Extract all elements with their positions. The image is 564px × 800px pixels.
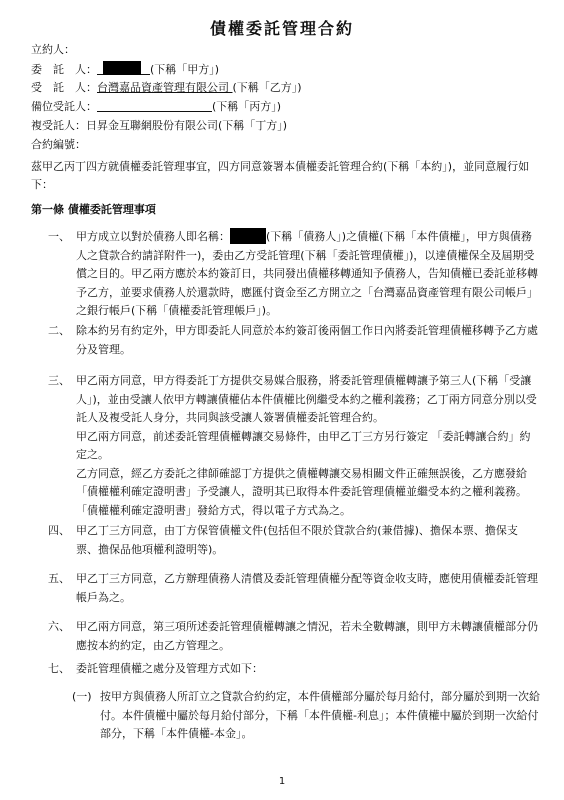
document-title: 債權委託管理合約: [0, 16, 564, 39]
party-backup-trustee-suffix: (下稱「丙方」): [212, 100, 281, 113]
redacted-block: [230, 228, 266, 244]
item-number: 五、: [48, 570, 70, 589]
item-number: 一、: [48, 228, 70, 247]
party-trustee-suffix: (下稱「乙方」): [233, 81, 302, 94]
item-3-paragraph-1: 甲乙兩方同意，甲方得委託丁方提供交易媒合服務，將委託管理債權轉讓予第三人(下稱「…: [76, 372, 538, 428]
redacted-block: [103, 61, 141, 75]
item-number: 三、: [48, 372, 70, 391]
subitem-number: (一): [72, 688, 92, 707]
party-sub-trustee-suffix: (下稱「丁方」): [218, 119, 287, 132]
party-trustee: 受 託 人：台灣嘉品資產管理有限公司 (下稱「乙方」): [31, 80, 302, 95]
party-backup-trustee: 備位受託人：(下稱「丙方」): [31, 99, 281, 114]
item-2-text: 除本約另有約定外，甲方即委託人同意於本約簽訂後兩個工作日內將委託管理債權移轉予乙…: [76, 322, 538, 359]
item-number: 二、: [48, 322, 70, 341]
party-trustee-name: 台灣嘉品資產管理有限公司: [97, 81, 229, 94]
article-1-item-7-subitem-1: (一) 按甲方與債務人所訂立之貸款合約約定，本件債權部分屬於每月給付，部分屬於到…: [72, 688, 542, 744]
contract-number-label: 合約編號：: [31, 137, 86, 152]
article-1-item-5: 五、 甲乙丁三方同意，乙方辦理債務人清償及委託管理債權分配等資金收支時，應使用債…: [48, 570, 538, 607]
article-1-item-4: 四、 甲乙丁三方同意，由丁方保管債權文件(包括但不限於貸款合約(兼借據)、擔保本…: [48, 522, 538, 559]
page-number: 1: [0, 776, 564, 787]
item-5-text: 甲乙丁三方同意，乙方辦理債務人清償及委託管理債權分配等資金收支時，應使用債權委託…: [76, 570, 538, 607]
item-number: 七、: [48, 660, 70, 679]
party-backup-trustee-label: 備位受託人：: [31, 99, 97, 114]
document-page: 債權委託管理合約 立約人： 委 託 人：(下稱「甲方」) 受 託 人：台灣嘉品資…: [0, 0, 564, 800]
party-principal-label: 委 託 人：: [31, 62, 97, 77]
party-sub-trustee: 複受託人：日昇金互聯網股份有限公司(下稱「丁方」): [31, 118, 287, 133]
article-1-item-1: 一、 甲方成立以對於債務人即名稱：(下稱「債務人」)之債權(下稱「本件債權」，甲…: [48, 228, 538, 321]
item-3-paragraph-2: 甲乙兩方同意，前述委託管理債權轉讓交易條件，由甲乙丁三方另行簽定 「委託轉讓合約…: [76, 428, 538, 465]
party-trustee-label: 受 託 人：: [31, 80, 97, 95]
parties-label: 立約人：: [31, 42, 75, 57]
party-sub-trustee-label: 複受託人：: [31, 118, 86, 133]
article-1-item-3: 三、 甲乙兩方同意，甲方得委託丁方提供交易媒合服務，將委託管理債權轉讓予第三人(…: [48, 372, 538, 520]
item-7-text: 委託管理債權之處分及管理方式如下：: [76, 660, 538, 679]
party-principal: 委 託 人：(下稱「甲方」): [31, 61, 219, 77]
item-6-text: 甲乙兩方同意，第三項所述委託管理債權轉讓之情況，若未全數轉讓，則甲方未轉讓債權部…: [76, 618, 538, 655]
item-number: 四、: [48, 522, 70, 541]
preamble: 茲甲乙丙丁四方就債權委託管理事宜，四方同意簽署本債權委託管理合約(下稱「本約」)…: [31, 158, 531, 194]
item-1-text-b: (下稱「債務人」)之債權(下稱「本件債權」，甲方與債務人之貸款合約請詳附件一)，…: [76, 230, 538, 317]
article-1-item-6: 六、 甲乙兩方同意，第三項所述委託管理債權轉讓之情況，若未全數轉讓，則甲方未轉讓…: [48, 618, 538, 655]
item-3-paragraph-3: 乙方同意，經乙方委託之律師確認丁方提供之債權轉讓交易相關文件正確無誤後，乙方應發…: [76, 465, 538, 521]
item-1-text-a: 甲方成立以對於債務人即名稱：: [76, 230, 230, 243]
subitem-1-text: 按甲方與債務人所訂立之貸款合約約定，本件債權部分屬於每月給付，部分屬於到期一次給…: [100, 688, 542, 744]
article-1-heading: 第一條 債權委託管理事項: [31, 201, 156, 217]
article-1-item-2: 二、 除本約另有約定外，甲方即委託人同意於本約簽訂後兩個工作日內將委託管理債權移…: [48, 322, 538, 359]
backup-trustee-blank: [97, 99, 212, 112]
item-4-text: 甲乙丁三方同意，由丁方保管債權文件(包括但不限於貸款合約(兼借據)、擔保本票、擔…: [76, 522, 538, 559]
item-number: 六、: [48, 618, 70, 637]
article-1-item-7: 七、 委託管理債權之處分及管理方式如下：: [48, 660, 538, 679]
party-principal-suffix: (下稱「甲方」): [150, 63, 219, 76]
party-sub-trustee-name: 日昇金互聯網股份有限公司: [86, 119, 218, 132]
